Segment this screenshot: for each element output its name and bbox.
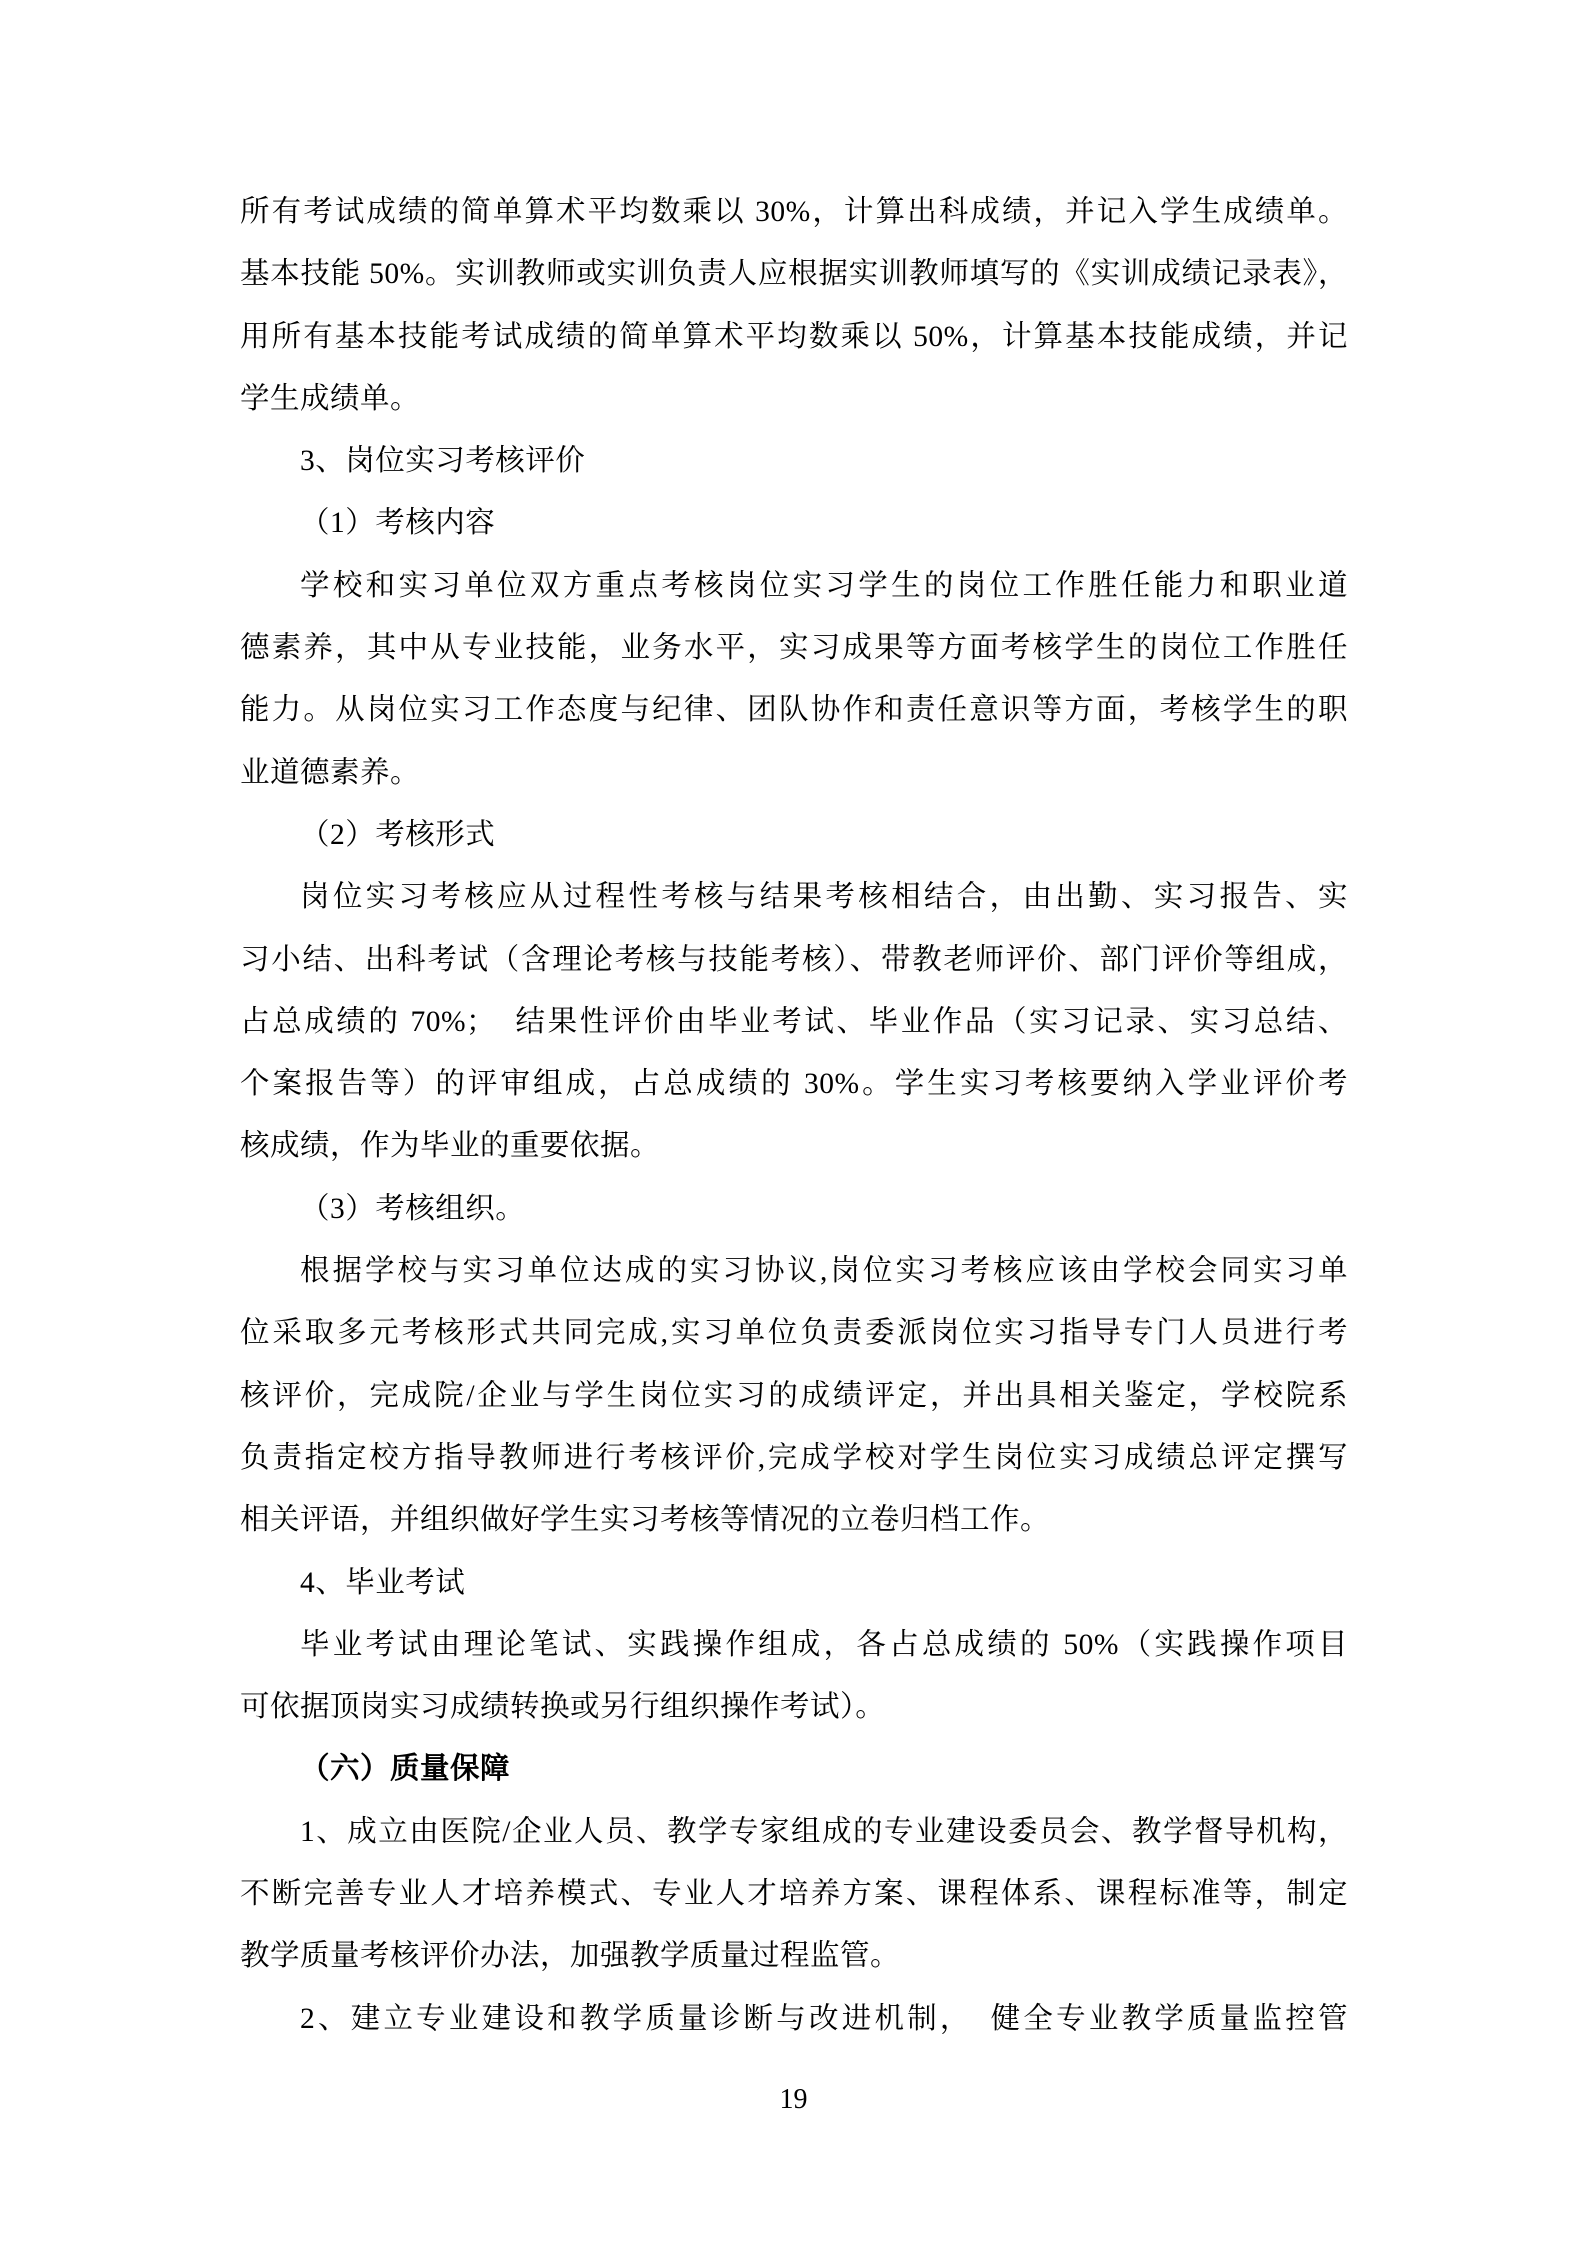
text-line: 相关评语，并组织做好学生实习考核等情况的立卷归档工作。 [240,1489,1348,1551]
text-line: 核成绩，作为毕业的重要依据。 [240,1115,1348,1177]
text-line: 用所有基本技能考试成绩的简单算术平均数乘以 50%，计算基本技能成绩，并记 [240,306,1348,368]
text-line: 根据学校与实习单位达成的实习协议,岗位实习考核应该由学校会同实习单 [240,1240,1348,1302]
text-line: 核评价，完成院/企业与学生岗位实习的成绩评定，并出具相关鉴定，学校院系 [240,1365,1348,1427]
text-line: 负责指定校方指导教师进行考核评价,完成学校对学生岗位实习成绩总评定撰写 [240,1427,1348,1489]
text-line: 3、岗位实习考核评价 [240,430,1348,492]
text-line: 能力。从岗位实习工作态度与纪律、团队协作和责任意识等方面，考核学生的职 [240,679,1348,741]
text-line: （3）考核组织。 [240,1178,1348,1240]
text-line: （2）考核形式 [240,804,1348,866]
text-line: 学校和实习单位双方重点考核岗位实习学生的岗位工作胜任能力和职业道 [240,555,1348,617]
text-line: 业道德素养。 [240,742,1348,804]
text-line: 习小结、出科考试（含理论考核与技能考核）、带教老师评价、部门评价等组成， [240,929,1348,991]
text-line: 学生成绩单。 [240,368,1348,430]
text-line: 岗位实习考核应从过程性考核与结果考核相结合，由出勤、实习报告、实 [240,866,1348,928]
document-page: 所有考试成绩的简单算术平均数乘以 30%，计算出科成绩，并记入学生成绩单。基本技… [0,0,1587,2245]
text-line: 个案报告等）的评审组成，占总成绩的 30%。学生实习考核要纳入学业评价考 [240,1053,1348,1115]
page-body: 所有考试成绩的简单算术平均数乘以 30%，计算出科成绩，并记入学生成绩单。基本技… [240,181,1348,2050]
text-line: （1）考核内容 [240,492,1348,554]
text-line: 毕业考试由理论笔试、实践操作组成，各占总成绩的 50%（实践操作项目 [240,1614,1348,1676]
text-line: 基本技能 50%。实训教师或实训负责人应根据实训教师填写的《实训成绩记录表》， [240,243,1348,305]
text-line: 1、成立由医院/企业人员、教学专家组成的专业建设委员会、教学督导机构， [240,1801,1348,1863]
text-line: 2、建立专业建设和教学质量诊断与改进机制， 健全专业教学质量监控管 [240,1988,1348,2050]
text-line: 可依据顶岗实习成绩转换或另行组织操作考试）。 [240,1676,1348,1738]
section-heading: （六）质量保障 [240,1738,1348,1800]
text-line: 不断完善专业人才培养模式、专业人才培养方案、课程体系、课程标准等，制定 [240,1863,1348,1925]
text-line: 所有考试成绩的简单算术平均数乘以 30%，计算出科成绩，并记入学生成绩单。 [240,181,1348,243]
text-line: 占总成绩的 70%； 结果性评价由毕业考试、毕业作品（实习记录、实习总结、 [240,991,1348,1053]
text-line: 4、毕业考试 [240,1552,1348,1614]
text-line: 教学质量考核评价办法，加强教学质量过程监管。 [240,1925,1348,1987]
text-line: 位采取多元考核形式共同完成,实习单位负责委派岗位实习指导专门人员进行考 [240,1302,1348,1364]
page-number: 19 [0,2083,1587,2117]
text-line: 德素养，其中从专业技能，业务水平，实习成果等方面考核学生的岗位工作胜任 [240,617,1348,679]
